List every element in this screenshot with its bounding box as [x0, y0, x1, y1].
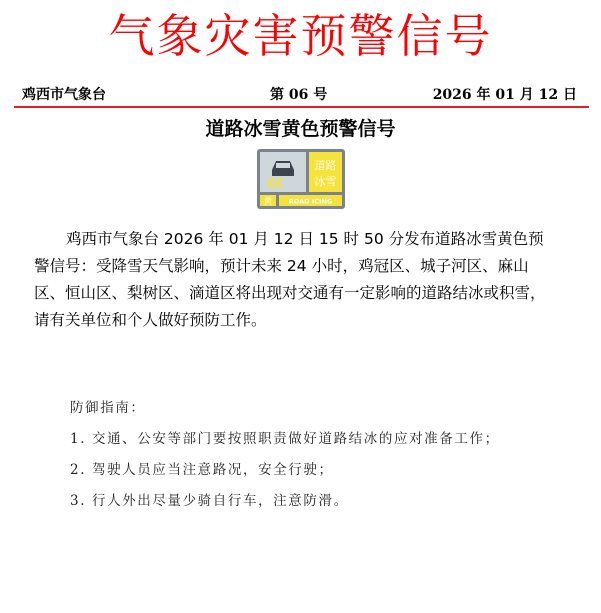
issuer: 鸡西市气象台 — [22, 84, 106, 104]
defense-guide-item: 3. 行人外出尽量少骑自行车，注意防滑。 — [70, 486, 580, 517]
road-icing-yellow-icon: 道路 冰雪 黄 ROAD ICING — [256, 148, 346, 210]
svg-text:道路: 道路 — [315, 159, 337, 172]
warning-body-text: 鸡西市气象台 2026 年 01 月 12 日 15 时 50 分发布道路冰雪黄… — [34, 226, 554, 334]
issue-number: 第 06 号 — [270, 84, 327, 104]
svg-text:黄: 黄 — [264, 196, 273, 206]
defense-guide: 防御指南： 1. 交通、公安等部门要按照职责做好道路结冰的应对准备工作； 2. … — [70, 393, 580, 517]
document-title: 道路冰雪黄色预警信号 — [0, 114, 601, 144]
defense-guide-heading: 防御指南： — [70, 393, 580, 424]
issue-date: 2026 年 01 月 12 日 — [433, 84, 577, 104]
document-meta-row: 鸡西市气象台 第 06 号 2026 年 01 月 12 日 — [22, 82, 577, 104]
svg-text:ROAD ICING: ROAD ICING — [289, 198, 332, 206]
header-divider — [14, 106, 589, 108]
svg-text:冰雪: 冰雪 — [315, 174, 337, 188]
defense-guide-item: 2. 驾驶人员应当注意路况，安全行驶； — [70, 455, 580, 486]
defense-guide-item: 1. 交通、公安等部门要按照职责做好道路结冰的应对准备工作； — [70, 424, 580, 455]
warning-banner-title: 气象灾害预警信号 — [0, 4, 601, 68]
